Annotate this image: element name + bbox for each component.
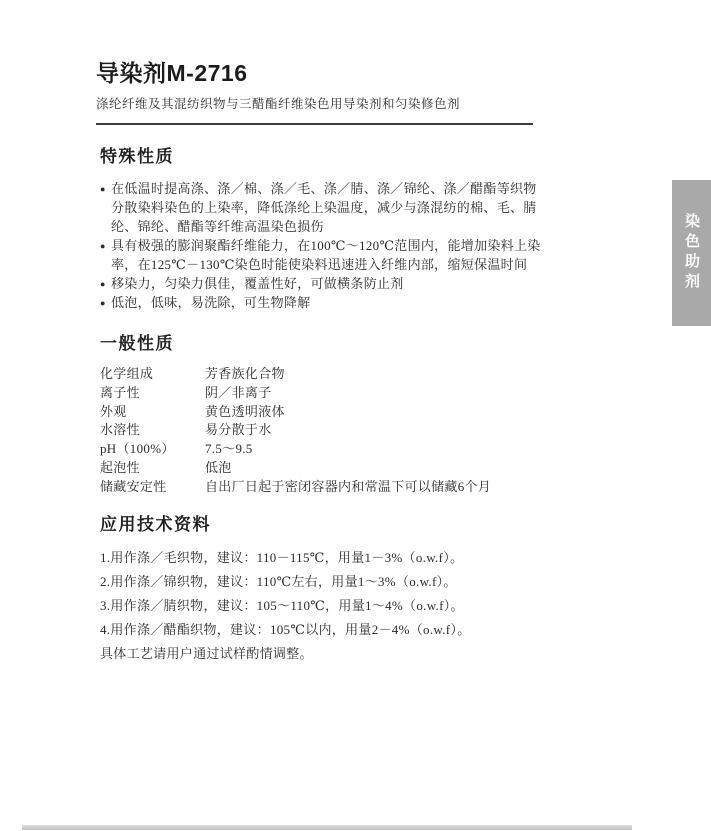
bullet-dot-icon: ● xyxy=(100,180,106,199)
property-row: 水溶性 易分散于水 xyxy=(100,421,544,440)
bullet-item: ● 移染力，匀染力俱佳，覆盖性好，可做横条防止剂 xyxy=(100,274,544,293)
bullet-item: ● 低泡，低味，易洗除，可生物降解 xyxy=(100,293,544,312)
property-label: pH（100%） xyxy=(100,440,205,459)
property-row: pH（100%） 7.5～9.5 xyxy=(100,440,544,459)
category-side-tab-label: 染色助剂 xyxy=(681,213,702,293)
application-heading: 应用技术资料 xyxy=(100,514,544,536)
property-row: 外观 黄色透明液体 xyxy=(100,403,544,422)
page-title: 导染剂M-2716 xyxy=(96,58,533,88)
document-header: 导染剂M-2716 涤纶纤维及其混纺织物与三醋酯纤维染色用导染剂和匀染修色剂 xyxy=(96,58,533,125)
property-label: 外观 xyxy=(100,403,205,422)
property-label: 储藏安定性 xyxy=(100,478,205,497)
property-value: 易分散于水 xyxy=(205,421,544,440)
application-item: 4.用作涤／醋酯织物，建议：105℃以内，用量2－4%（o.w.f）。 xyxy=(100,618,544,642)
bullet-text: 移染力，匀染力俱佳，覆盖性好，可做横条防止剂 xyxy=(111,276,404,291)
property-value: 低泡 xyxy=(205,459,544,478)
application-item: 3.用作涤／腈织物，建议：105～110℃，用量1～4%（o.w.f）。 xyxy=(100,594,544,618)
page-subtitle: 涤纶纤维及其混纺织物与三醋酯纤维染色用导染剂和匀染修色剂 xyxy=(96,96,533,112)
property-label: 起泡性 xyxy=(100,459,205,478)
bullet-text: 低泡，低味，易洗除，可生物降解 xyxy=(111,295,311,310)
property-row: 储藏安定性 自出厂日起于密闭容器内和常温下可以储藏6个月 xyxy=(100,478,544,497)
special-properties-heading: 特殊性质 xyxy=(100,146,544,168)
bullet-item: ● 具有极强的膨润聚酯纤维能力，在100℃～120℃范围内，能增加染料上染率，在… xyxy=(100,236,544,274)
bullet-item: ● 在低温时提高涤、涤／棉、涤／毛、涤／腈、涤／锦纶、涤／醋酯等织物分散染料染色… xyxy=(100,179,544,236)
property-row: 化学组成 芳香族化合物 xyxy=(100,365,544,384)
bullet-dot-icon: ● xyxy=(100,294,106,313)
property-value: 7.5～9.5 xyxy=(205,440,544,459)
section-special-properties: 特殊性质 ● 在低温时提高涤、涤／棉、涤／毛、涤／腈、涤／锦纶、涤／醋酯等织物分… xyxy=(100,146,544,312)
application-item: 2.用作涤／锦织物，建议：110℃左右，用量1～3%（o.w.f）。 xyxy=(100,570,544,594)
property-row: 起泡性 低泡 xyxy=(100,459,544,478)
bullet-dot-icon: ● xyxy=(100,237,106,256)
section-application-data: 应用技术资料 1.用作涤／毛织物，建议：110－115℃，用量1－3%（o.w.… xyxy=(100,514,544,666)
page-bottom-edge xyxy=(22,825,632,830)
general-properties-heading: 一般性质 xyxy=(100,333,544,355)
property-label: 化学组成 xyxy=(100,365,205,384)
bullet-dot-icon: ● xyxy=(100,275,106,294)
property-value: 黄色透明液体 xyxy=(205,403,544,422)
special-properties-list: ● 在低温时提高涤、涤／棉、涤／毛、涤／腈、涤／锦纶、涤／醋酯等织物分散染料染色… xyxy=(100,179,544,312)
property-row: 离子性 阴／非离子 xyxy=(100,384,544,403)
application-item: 1.用作涤／毛织物，建议：110－115℃，用量1－3%（o.w.f）。 xyxy=(100,546,544,570)
property-value: 自出厂日起于密闭容器内和常温下可以储藏6个月 xyxy=(205,478,544,497)
property-label: 水溶性 xyxy=(100,421,205,440)
bullet-text: 具有极强的膨润聚酯纤维能力，在100℃～120℃范围内，能增加染料上染率，在12… xyxy=(111,238,541,272)
property-value: 阴／非离子 xyxy=(205,384,544,403)
category-side-tab: 染色助剂 xyxy=(672,180,711,326)
bullet-text: 在低温时提高涤、涤／棉、涤／毛、涤／腈、涤／锦纶、涤／醋酯等织物分散染料染色的上… xyxy=(111,181,537,234)
general-properties-table: 化学组成 芳香族化合物 离子性 阴／非离子 外观 黄色透明液体 水溶性 易分散于… xyxy=(100,365,544,497)
application-note: 具体工艺请用户通过试样酌情调整。 xyxy=(100,642,544,666)
property-value: 芳香族化合物 xyxy=(205,365,544,384)
property-label: 离子性 xyxy=(100,384,205,403)
section-general-properties: 一般性质 化学组成 芳香族化合物 离子性 阴／非离子 外观 黄色透明液体 水溶性… xyxy=(100,333,544,497)
application-list: 1.用作涤／毛织物，建议：110－115℃，用量1－3%（o.w.f）。 2.用… xyxy=(100,546,544,666)
